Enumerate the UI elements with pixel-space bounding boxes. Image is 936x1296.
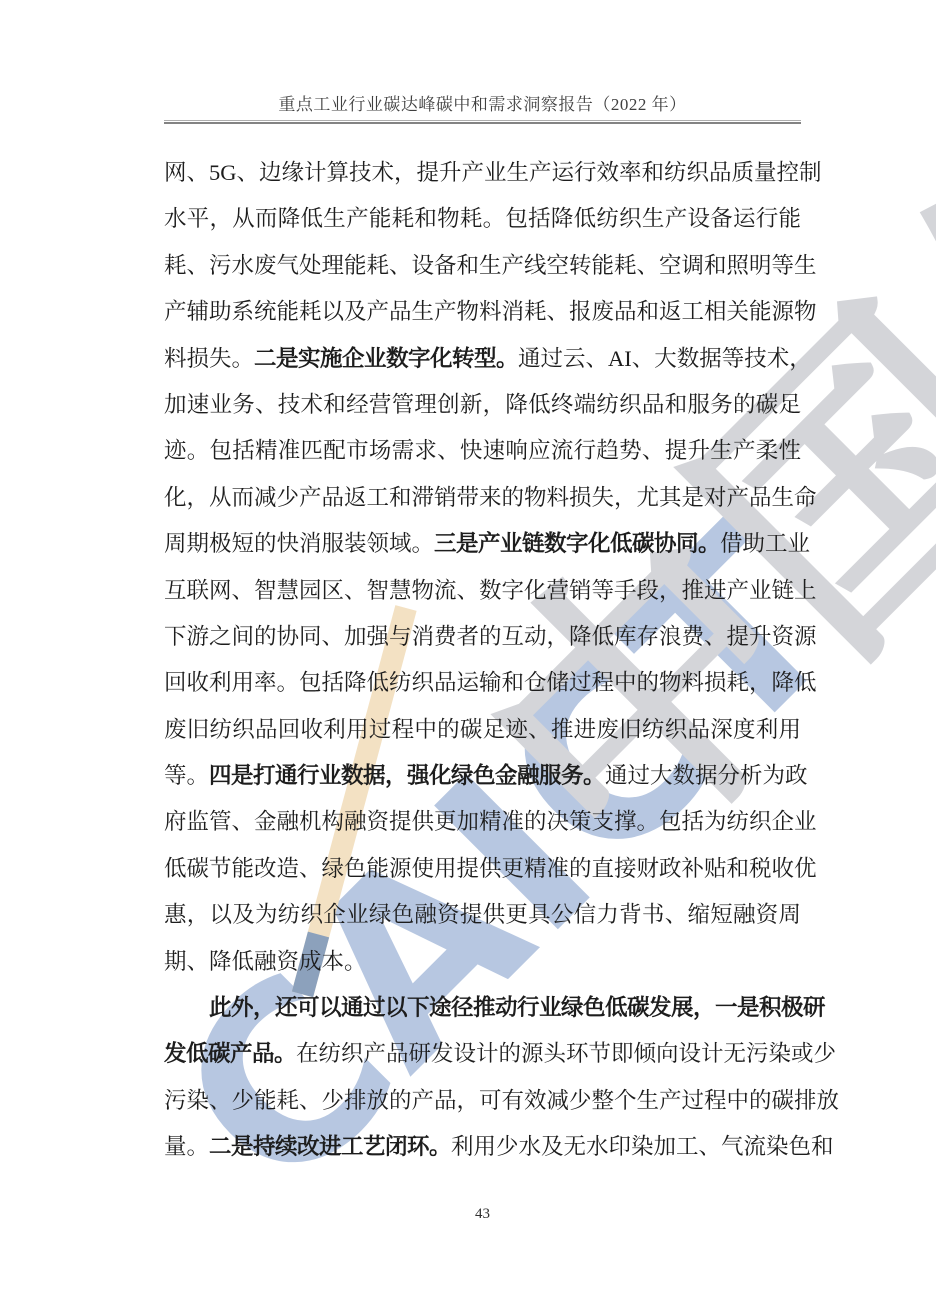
text-line: 等。四是打通行业数据，强化绿色金融服务。通过大数据分析为政	[164, 753, 801, 799]
text-line: 废旧纺织品回收利用过程中的碳足迹、推进废旧纺织品深度利用	[164, 707, 801, 753]
text-run: 料损失。	[164, 346, 254, 371]
text-line: 惠，以及为纺织企业绿色融资提供更具公信力背书、缩短融资周	[164, 892, 801, 938]
bold-run: 二是持续改进工艺闭环。	[209, 1134, 451, 1160]
text-line: 迹。包括精准匹配市场需求、快速响应流行趋势、提升生产柔性	[164, 428, 801, 474]
text-run: 通过云、AI、大数据等技术，	[518, 346, 812, 371]
text-line: 发低碳产品。在纺织产品研发设计的源头环节即倾向设计无污染或少	[164, 1031, 801, 1077]
text-run: 府监管、金融机构融资提供更加精准的决策支撑。包括为纺织企业	[164, 809, 817, 834]
text-run: 回收利用率。包括降低纺织品运输和仓储过程中的物料损耗，降低	[164, 670, 817, 695]
text-line: 低碳节能改造、绿色能源使用提供更精准的直接财政补贴和税收优	[164, 846, 801, 892]
header-rule	[164, 120, 801, 124]
text-run: 周期极短的快消服装领域。	[164, 531, 434, 556]
text-run: 等。	[164, 763, 209, 788]
text-line: 量。二是持续改进工艺闭环。利用少水及无水印染加工、气流染色和	[164, 1124, 801, 1170]
text-line: 化，从而减少产品返工和滞销带来的物料损失，尤其是对产品生命	[164, 475, 801, 521]
text-line: 此外，还可以通过以下途径推动行业绿色低碳发展，一是积极研	[164, 985, 801, 1031]
text-run: 化，从而减少产品返工和滞销带来的物料损失，尤其是对产品生命	[164, 485, 817, 510]
text-run: 耗、污水废气处理能耗、设备和生产线空转能耗、空调和照明等生	[164, 253, 817, 278]
text-line: 互联网、智慧园区、智慧物流、数字化营销等手段，推进产业链上	[164, 568, 801, 614]
text-run: 废旧纺织品回收利用过程中的碳足迹、推进废旧纺织品深度利用	[164, 717, 801, 742]
text-run: 产辅助系统能耗以及产品生产物料消耗、报废品和返工相关能源物	[164, 299, 817, 324]
bold-run: 发低碳产品。	[164, 1041, 296, 1067]
text-run: 加速业务、技术和经营管理创新，降低终端纺织品和服务的碳足	[164, 392, 801, 417]
text-line: 产辅助系统能耗以及产品生产物料消耗、报废品和返工相关能源物	[164, 289, 801, 335]
text-run: 网、5G、边缘计算技术，提升产业生产运行效率和纺织品质量控制	[164, 160, 822, 185]
text-run: 低碳节能改造、绿色能源使用提供更精准的直接财政补贴和税收优	[164, 856, 817, 881]
text-line: 污染、少能耗、少排放的产品，可有效减少整个生产过程中的碳排放	[164, 1078, 801, 1124]
text-run: 借助工业	[720, 531, 810, 556]
text-run: 在纺织产品研发设计的源头环节即倾向设计无污染或少	[296, 1041, 836, 1066]
bold-run: 二是实施企业数字化转型。	[254, 346, 518, 372]
text-line: 府监管、金融机构融资提供更加精准的决策支撑。包括为纺织企业	[164, 799, 801, 845]
text-line: 下游之间的协同、加强与消费者的互动，降低库存浪费、提升资源	[164, 614, 801, 660]
text-line: 水平，从而降低生产能耗和物耗。包括降低纺织生产设备运行能	[164, 196, 801, 242]
page-header: 重点工业行业碳达峰碳中和需求洞察报告（2022 年）	[164, 94, 801, 124]
bold-run: 四是打通行业数据，强化绿色金融服务。	[209, 763, 605, 789]
text-line: 周期极短的快消服装领域。三是产业链数字化低碳协同。借助工业	[164, 521, 801, 567]
page-footer: 43	[164, 1206, 801, 1223]
text-run: 利用少水及无水印染加工、气流染色和	[451, 1134, 834, 1159]
text-line: 网、5G、边缘计算技术，提升产业生产运行效率和纺织品质量控制	[164, 150, 801, 196]
text-line: 加速业务、技术和经营管理创新，降低终端纺织品和服务的碳足	[164, 382, 801, 428]
text-line: 料损失。二是实施企业数字化转型。通过云、AI、大数据等技术，	[164, 336, 801, 382]
text-run: 水平，从而降低生产能耗和物耗。包括降低纺织生产设备运行能	[164, 206, 801, 231]
text-run: 迹。包括精准匹配市场需求、快速响应流行趋势、提升生产柔性	[164, 438, 801, 463]
text-run: 惠，以及为纺织企业绿色融资提供更具公信力背书、缩短融资周	[164, 902, 801, 927]
text-run: 污染、少能耗、少排放的产品，可有效减少整个生产过程中的碳排放	[164, 1088, 839, 1113]
text-run: 量。	[164, 1134, 209, 1159]
bold-run: 此外，还可以通过以下途径推动行业绿色低碳发展，一是积极研	[209, 995, 825, 1021]
text-line: 回收利用率。包括降低纺织品运输和仓储过程中的物料损耗，降低	[164, 660, 801, 706]
report-title: 重点工业行业碳达峰碳中和需求洞察报告（2022 年）	[164, 94, 801, 116]
document-page: CAICT 中国信通院 重点工业行业碳达峰碳中和需求洞察报告（2022 年） 网…	[0, 0, 936, 1296]
text-run: 期、降低融资成本。	[164, 949, 367, 974]
document-body: 网、5G、边缘计算技术，提升产业生产运行效率和纺织品质量控制水平，从而降低生产能…	[164, 150, 801, 1171]
text-line: 耗、污水废气处理能耗、设备和生产线空转能耗、空调和照明等生	[164, 243, 801, 289]
text-line: 期、降低融资成本。	[164, 939, 801, 985]
text-run: 互联网、智慧园区、智慧物流、数字化营销等手段，推进产业链上	[164, 578, 817, 603]
bold-run: 三是产业链数字化低碳协同。	[434, 531, 720, 557]
text-run: 通过大数据分析为政	[605, 763, 808, 788]
text-run: 下游之间的协同、加强与消费者的互动，降低库存浪费、提升资源	[164, 624, 817, 649]
page-number: 43	[475, 1206, 490, 1222]
